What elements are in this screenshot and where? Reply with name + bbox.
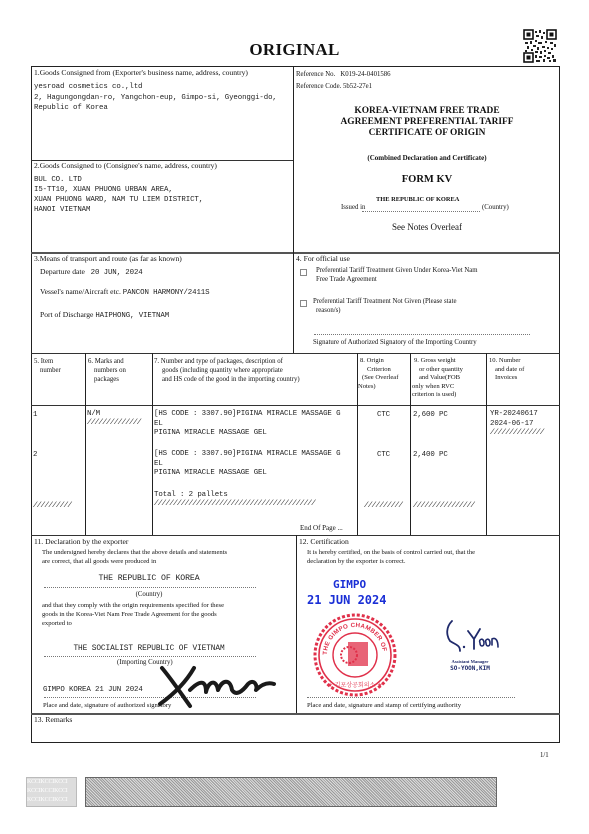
vessel-name: Vessel's name/Aircraft etc. PANCON HARMO…: [40, 287, 209, 299]
certificate-subtitle: (Combined Declaration and Certificate): [294, 154, 560, 162]
treatment-not-given-label: Preferential Tariff Treatment Not Given …: [313, 297, 456, 315]
desc-closing-slashes: ////////////////////////////////////////…: [154, 500, 315, 508]
treatment-given-label: Preferential Tariff Treatment Given Unde…: [316, 266, 478, 284]
reference-number: Reference No. K019-24-0401586: [296, 70, 391, 79]
divider: [486, 353, 487, 535]
issued-in-line: [362, 211, 480, 212]
treatment-given-checkbox[interactable]: [300, 267, 307, 276]
reference-code: Reference Code. 5b52-27e1: [296, 82, 372, 91]
stamp-date: 21 JUN 2024: [307, 593, 386, 607]
exporter-country: Republic of Korea: [34, 103, 277, 114]
row1-description: [HS CODE : 3307.90]PIGINA MIRACLE MASSAG…: [154, 410, 340, 439]
chamber-seal-icon: THE GIMPO CHAMBER OF COMMERCE & INDUSTRY…: [312, 612, 398, 698]
divider: [31, 405, 560, 406]
row1-criterion: CTC: [357, 410, 410, 421]
declaration-text-2: and that they comply with the origin req…: [42, 601, 224, 628]
kcci-watermark: KCCIKCCIKCCI KCCIKCCIKCCI KCCIKCCIKCCI: [26, 777, 77, 807]
svg-text:★ 김포상공회의소 ★: ★ 김포상공회의소 ★: [327, 681, 382, 689]
exporter-place-date: GIMPO KOREA 21 JUN 2024: [43, 685, 143, 696]
total-packages: Total : 2 pallets: [154, 490, 228, 501]
divider: [152, 353, 153, 535]
invoice-date: 2024-06-17: [490, 420, 544, 430]
header-invoices: 10. Number and date of Invoices: [489, 357, 524, 383]
signer-name: SO-YOON,KIM: [440, 665, 500, 672]
treatment-not-given-checkbox[interactable]: [300, 298, 307, 307]
row2-criterion: CTC: [357, 450, 410, 461]
certificate-title: KOREA-VIETNAM FREE TRADE AGREEMENT PREFE…: [294, 106, 560, 139]
row1-quantity: 2,600 PC: [413, 410, 448, 421]
departure-date: Departure date 20 JUN, 2024: [40, 267, 143, 279]
row2-description: [HS CODE : 3307.90]PIGINA MIRACLE MASSAG…: [154, 450, 340, 479]
produced-country-line: [44, 587, 256, 588]
exporter-signature: [150, 662, 280, 710]
form-name: FORM KV: [294, 174, 560, 185]
country-caption: (Country): [42, 590, 256, 599]
importing-country-line: [44, 656, 256, 657]
importing-signature-line: [314, 334, 530, 335]
issued-in-country: THE REPUBLIC OF KOREA: [376, 196, 459, 203]
criterion-closing-slashes: //////////: [364, 502, 402, 510]
box13-label: 13. Remarks: [34, 715, 72, 725]
certifier-signature-line: [307, 697, 515, 698]
reference-number-value: K019-24-0401586: [340, 71, 390, 78]
box1-label: 1.Goods Consigned from (Exporter's busin…: [34, 68, 248, 78]
vessel-name-value: PANCON HARMONY/2411S: [123, 289, 210, 297]
header-marks: 6. Marks and numbers on packages: [88, 357, 126, 384]
certification-text: It is hereby certified, on the basis of …: [307, 548, 475, 566]
box4-label: 4. For official use: [296, 254, 350, 264]
importing-country: THE SOCIALIST REPUBLIC OF VIETNAM: [42, 644, 256, 655]
divider: [85, 353, 86, 535]
end-of-page: End Of Page ...: [300, 524, 343, 532]
exporter-details: yesroad cosmetics co.,ltd 2, Hagungongda…: [34, 82, 277, 114]
importing-signature-label: Signature of Authorized Signatory of the…: [313, 338, 477, 347]
certifier-caption: Place and date, signature and stamp of c…: [307, 701, 461, 710]
stamp-place: GIMPO: [333, 578, 366, 591]
row2-quantity: 2,400 PC: [413, 450, 448, 461]
header-description: 7. Number and type of packages, descript…: [154, 357, 300, 384]
divider: [296, 535, 297, 713]
consignee-name: BUL CO. LTD: [34, 175, 203, 185]
produced-country: THE REPUBLIC OF KOREA: [42, 574, 256, 585]
reference-code-value: 5b52-27e1: [343, 83, 372, 90]
row2-item-number: 2: [33, 450, 37, 461]
certifier-signature: [442, 617, 502, 655]
page-number: 1/1: [540, 751, 549, 760]
qr-code-icon: [523, 29, 557, 63]
port-of-discharge: Port of Discharge HAIPHONG, VIETNAM: [40, 310, 169, 322]
see-notes: See Notes Overleaf: [294, 222, 560, 232]
document-title: ORIGINAL: [0, 40, 589, 60]
consignee-details: BUL CO. LTD I5-TT10, XUAN PHUONG URBAN A…: [34, 175, 203, 215]
security-barcode: [85, 777, 497, 807]
row1-invoice: YR-20240617 2024-06-17 //////////////: [490, 410, 544, 439]
divider: [31, 713, 560, 715]
divider: [31, 353, 560, 354]
box3-label: 3.Means of transport and route (as far a…: [34, 254, 182, 264]
item-closing-slashes: //////////: [33, 502, 71, 510]
row1-item-number: 1: [33, 410, 37, 421]
exporter-address: 2, Hagungongdan-ro, Yangchon-eup, Gimpo-…: [34, 93, 277, 104]
exporter-name: yesroad cosmetics co.,ltd: [34, 82, 277, 93]
port-of-discharge-value: HAIPHONG, VIETNAM: [95, 312, 169, 320]
divider: [410, 353, 411, 535]
quantity-closing-slashes: ////////////////: [413, 502, 474, 510]
invoice-number: YR-20240617: [490, 410, 544, 420]
header-origin-criterion: 8. Origin Criterion (See Overleaf Notes): [358, 357, 398, 391]
signer-title: Assistant Manager: [440, 659, 500, 664]
row1-marks: N/M //////////////: [87, 410, 141, 428]
declaration-text-1: The undersigned hereby declares that the…: [42, 548, 227, 566]
issued-in-suffix: (Country): [482, 203, 509, 212]
box11-label: 11. Declaration by the exporter: [34, 537, 128, 547]
box12-label: 12. Certification: [299, 537, 349, 547]
header-item-number: 5. Item number: [34, 357, 61, 375]
header-gross-weight: 9. Gross weight or other quantity and Va…: [412, 357, 463, 400]
departure-date-value: 20 JUN, 2024: [91, 269, 143, 277]
box2-label: 2.Goods Consigned to (Consignee's name, …: [34, 161, 217, 171]
